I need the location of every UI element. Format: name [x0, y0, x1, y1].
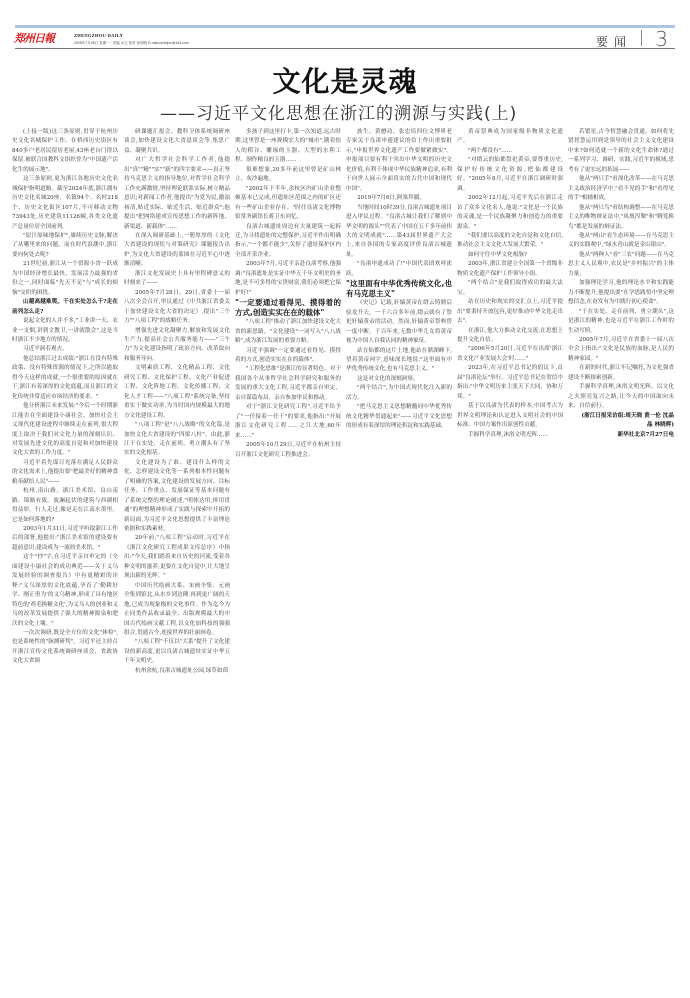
- paragraph: 2005年7月28日、29日,省委十一届八次全会召开,审议通过《中共浙江省委关于…: [124, 289, 230, 327]
- paragraph: 《史记》记载,轩辕黄帝在缙云铸鼎后驭龙升天。一千六百多年前,缙云就有了祭祀轩辕黄…: [346, 299, 452, 346]
- paragraph: 2005年7月,习近平在省委十一届八次全会上指出:"文化是民族的血脉,是人民的精…: [568, 336, 674, 364]
- paragraph: 杭州余杭,良渚古城遗址公园,绿草如茵: [124, 667, 230, 676]
- paragraph: 很难想象,20多年前这里曾是矿山林立、灰沙遍地。: [235, 166, 341, 185]
- header-accent-bar: [15, 25, 675, 28]
- paragraph: 在浙江,他大力推动文化交流,在思想上提升文化自信。: [457, 327, 563, 346]
- paragraph: "两个结合",为中国式现代化注入新的活力。: [346, 384, 452, 403]
- paragraph: 良渚古城遗址周边有大量建筑一起拆迁,为寻找遗址的完整保护,习近平作出明确指示,"…: [235, 223, 341, 261]
- masthead: 郑州日報 ZHENGZHOU DAILY 2025年7月28日 星期一 · 责编…: [14, 30, 676, 47]
- paragraph: 族生、黄懋功、张忠培四位文博界老专家关于良渚申遗建议的信上作出重要批示,"申报世…: [346, 128, 452, 194]
- paragraph: "2002年下半年,余杭区内矿山企业整顿基本已完成,但遗址区范围之内的矿区还有一…: [235, 185, 341, 223]
- paragraph: 浙江文化发展史上具有里程碑意义的时刻来了——: [124, 270, 230, 289]
- newspaper-logo: 郑州日報: [14, 30, 54, 46]
- paragraph: 20年前,"八项工程"启动时,习近平在《浙江文化研究工程成果文库总序》中指出:"…: [124, 534, 230, 581]
- paragraph: 2019年7月6日,阿塞拜疆。: [346, 194, 452, 203]
- article-column-2: 研课题汇报会、教科卫体系统调研座谈会,加快建设文化大省恳谈会等,集思广益、凝聚共…: [124, 128, 230, 958]
- article-body: (上接一版)这三条原则,贯穿于杭州历史文化名城保护工作。在桥西历史街区有840多…: [12, 128, 678, 958]
- masthead-divider: [641, 30, 642, 46]
- paragraph: "八项工程"不仅以"大系"提升了文化建设的新高度,更以良渚古城遗址实证中华五千年…: [124, 638, 230, 666]
- paragraph: 中国历代绘画大系、宋画全集、元画全集到馆北,从水乡到边陲,再到更广阔的天地,已成…: [124, 582, 230, 639]
- paragraph: "两个都没有"……: [457, 147, 563, 156]
- article-subtitle: ——习近平文化思想在浙江的溯源与实践(上): [160, 99, 517, 124]
- paragraph: 站在历史和现实的交汇点上,习近平提出"要秉持开放包容,更好推动中华文化走出去"。: [457, 298, 563, 326]
- paragraph: 习近平洞若观火。: [12, 345, 118, 354]
- paragraph: 多孩子到这里打卡,第一次知道,远古时期,这里曾是一座规模宏大的"城市",随着惊人…: [235, 128, 341, 166]
- paragraph: (上接一版)这三条原则,贯穿于杭州历史文化名城保护工作。在桥西历史街区有840多…: [12, 128, 118, 175]
- paragraph: 手握科学真理,沐浴文明光辉。以文化之火照亮复兴之路,让今天的中国面向未来、自信前…: [568, 383, 674, 411]
- paragraph: "八项工程"推动了浙江加快建设文化大省的新思路。"文化建设"一词写入"八八战略"…: [235, 318, 341, 346]
- paragraph: "原汁原味地保护",赓续历史文脉,解决了从哪里来的问题。而在时代浪潮中,浙江要向…: [12, 232, 118, 260]
- paragraph: 2003年1月31日,习近平听取浙江工作后的部署,他提出:"浙江美术馆的建设要有…: [12, 525, 118, 553]
- paragraph: 杭州,南山路。浙江美术馆、良山南路、锦路有致。波澜起伏的建筑与西湖相得益彰。行人…: [12, 487, 118, 525]
- paragraph: "良渚申遗成功了!"中国代表团欢呼雀跃。: [346, 260, 452, 279]
- paragraph: 站在仙都的这片土地,他站在鼎湖峰下,望着黄帝祠宇,意味深长地说:"这里面有中华优…: [346, 347, 452, 375]
- paragraph: 他从"两山"看生态环境——在马克思主义的实践观中,"绿水青山就是金山银山"。: [568, 232, 674, 251]
- paragraph: "把马克思主义思想精髓同中华优秀传统文化精华贯通起来"——习近平文化思想的形成有…: [346, 403, 452, 431]
- paragraph: 研课题汇报会、教科卫体系统调研座谈会,加快建设文化大省恳谈会等,集思广益、凝聚共…: [124, 128, 230, 156]
- paragraph: 若繁星,古今智慧融会贯通。如何将先贤智慧运用到党领导的社会主义文化建设中来?如何…: [568, 128, 674, 175]
- paragraph: 2003年7月,习近平亲赴良渚考察,他强调:"良渚遗址是实证中华五千年文明史的圣…: [235, 260, 341, 298]
- paragraph: 当地时间10时39分,良渚古城遗址项目进入审议过程。"良渚古城让我们了解到中华文…: [346, 204, 452, 261]
- paragraph: 黄帝祭典成为国家级非物质文化遗产。: [457, 128, 563, 147]
- paragraph: 山越高越难爬。干在实处怎么干?走在前列怎么走?: [12, 298, 118, 317]
- issue-line: 2025年7月28日 星期一 · 责编 水文 校对 孙明明 E-mail:zzr…: [74, 41, 189, 46]
- paragraph: 说起文化的人并不多,"工业讲一天、农业一支烟,讲到文教卫,一讲就散会",这是当时…: [12, 317, 118, 345]
- section-heading: "这里面有中华优秀传统文化,也有马克思主义": [346, 279, 452, 299]
- paragraph: "干在实处、走在前列、勇立潮头",这是浙江的精神,也是习近平在浙江工作时的生动写…: [568, 308, 674, 336]
- paragraph: 他分析浙江未来发展:"今后一个时期浙江能否在全面建设小康社会、加快社会主义现代化…: [12, 402, 118, 459]
- paragraph: 2023年,在习近平总书记的倡议下,首届"良渚论坛"举行。习近平总书记在贺信中指…: [457, 364, 563, 402]
- paragraph: 手握科学真理,沐浴文明光辉……: [457, 431, 563, 440]
- paragraph: 2005年10月29日,习近平在杭州主持召开浙江文化研究工程推进会。: [235, 441, 341, 460]
- paragraph: 2002年12月起,习近平先后在浙江走访了众多文化名人,他说:"文化是一个民族的…: [457, 194, 563, 232]
- paragraph: 在新的时代,浙江牢记嘱托,为文化强省建设不断探索创新。: [568, 364, 674, 383]
- paragraph: "两个结合"是我们取得成功的最大法宝。: [457, 279, 563, 298]
- article-credits: (浙江日报采访组:周天晓 黄一伦 沈晶晶 林晓晖): [568, 412, 674, 431]
- paragraph: "2006年5月20日,习近平在出席'浙江省文化产业发展大会'时……": [457, 345, 563, 364]
- paragraph: 习近平强调"一定要通过看得见、摸得着的方式,创造实实在在的载体"。: [235, 347, 341, 366]
- section-heading: "一定要通过看得见、摸得着的方式,创造实实在在的载体": [235, 298, 341, 318]
- paragraph: "对缙云的仙都祭祀黄帝,要尊重历史,保护好传统文化资源,把仙都建设好。"2005…: [457, 156, 563, 194]
- paragraph: 如何守住中华文化根脉?: [457, 251, 563, 260]
- paragraph: 对广大哲学社会科学工作者,他提出"真""精""实""新"的四字要求——真正坚持马…: [124, 156, 230, 232]
- paragraph: 这三条原则,更为浙江各地历史文化名城保护指明道路。截至2024年底,浙江拥有历史…: [12, 175, 118, 232]
- paragraph: 加强理论学习,他的理论水平和实践能力不断提升,他提出要"在学思践悟中坚定理想信念…: [568, 279, 674, 307]
- paragraph: 对于"浙江文化研究工程",习近平给予了"一任接着一任干"的要求,他指出:"开展浙…: [235, 403, 341, 441]
- article-title: 文化是灵魂: [0, 60, 690, 100]
- paragraph: 一次次调研,既是全方位的文化"体检",也是系统性的"脉测研判"。习近平还主持召开…: [12, 629, 118, 667]
- article-column-3: 多孩子到这里打卡,第一次知道,远古时期,这里曾是一座规模宏大的"城市",随着惊人…: [235, 128, 341, 958]
- paragraph: 文明素质工程、文化精品工程、文化研究工程、文化保护工程、文化产业促进工程、文化阵…: [124, 364, 230, 421]
- paragraph: "八项工程"是"八八战略"的文化篇,是加快文化大省建设的"四梁八柱"。由此,浙江…: [124, 421, 230, 459]
- paragraph: 文化建设为了谁、建设什么样的文化、怎样建设文化等一系列根本性问题有了明确的答案,…: [124, 459, 230, 535]
- paragraph: 他总结浙江过去成绩:"浙江在没有特殊政策、没有特殊资源的情况下,之所以能取得今天…: [12, 355, 118, 402]
- paragraph: 这个"抄"字,在习近平亲自审定的《全面建设小康社会的成功典范——关于义乌发展经验…: [12, 553, 118, 629]
- article-dateline: 新华社北京7月27日电: [568, 431, 674, 440]
- paragraph: 基于以良渚为代表的样本,中国考古为世界文明理论和认定进入文明社会的中国标准、中国…: [457, 402, 563, 430]
- article-column-6: 若繁星,古今智慧融会贯通。如何将先贤智慧运用到党领导的社会主义文化建设中来?如何…: [568, 128, 674, 958]
- paragraph: 习近平着先谋日光落在满足人民群众的文化需求上,他提出要"把最美好的精神食粮奉献给…: [12, 459, 118, 487]
- paragraph: 这是对文化的深刻洞察。: [346, 375, 452, 384]
- paragraph: 他从"两只手"看深化改革——在马克思主义政治经济学中,"看不见的手"和"看得见的…: [568, 175, 674, 203]
- article-column-4: 族生、黄懋功、张忠培四位文博界老专家关于良渚申遗建议的信上作出重要批示,"申报世…: [346, 128, 452, 958]
- paragraph: 2003年,浙江省建立全国第一个省级非物质文化遗产保护工作领导小组。: [457, 260, 563, 279]
- paragraph: 他从"两只鸟"看结构调整——在马克思主义的唯物辩证法中,"凤凰涅槃"和"腾笼换鸟…: [568, 204, 674, 232]
- paragraph: 他从"两种人"看"三农"问题——在马克思主义人民观中,农民是"乡村振兴"的主体力…: [568, 251, 674, 279]
- article-column-1: (上接一版)这三条原则,贯穿于杭州历史文化名城保护工作。在桥西历史街区有840多…: [12, 128, 118, 958]
- paragraph: "我们要以高度的文化自觉和文化自信,推动社会主义文化大发展大繁荣。": [457, 232, 563, 251]
- paragraph: 21世纪初,浙江从一个资源小省一跃成为中国经济增长最快、发展活力最强的省份之一,…: [12, 260, 118, 298]
- newspaper-logo-english: ZHENGZHOU DAILY: [74, 33, 123, 38]
- paragraph: 在深入调研基础上,一册厚厚的《文化大省建设的现状与对策研究》课题报告出炉,为文化…: [124, 232, 230, 270]
- article-column-5: 黄帝祭典成为国家级非物质文化遗产。 "两个都没有"…… "对缙云的仙都祭祀黄帝,…: [457, 128, 563, 958]
- paragraph: "工程化思维"是浙江的显著特色。对于我国各个从事哲学社会科学研究和服务的发展的重…: [235, 365, 341, 403]
- paragraph: 增强先进文化凝聚力,解放和发展文化生产力,提高社会公共服务能力——"三个力"为文…: [124, 327, 230, 365]
- masthead-rule: [15, 48, 675, 49]
